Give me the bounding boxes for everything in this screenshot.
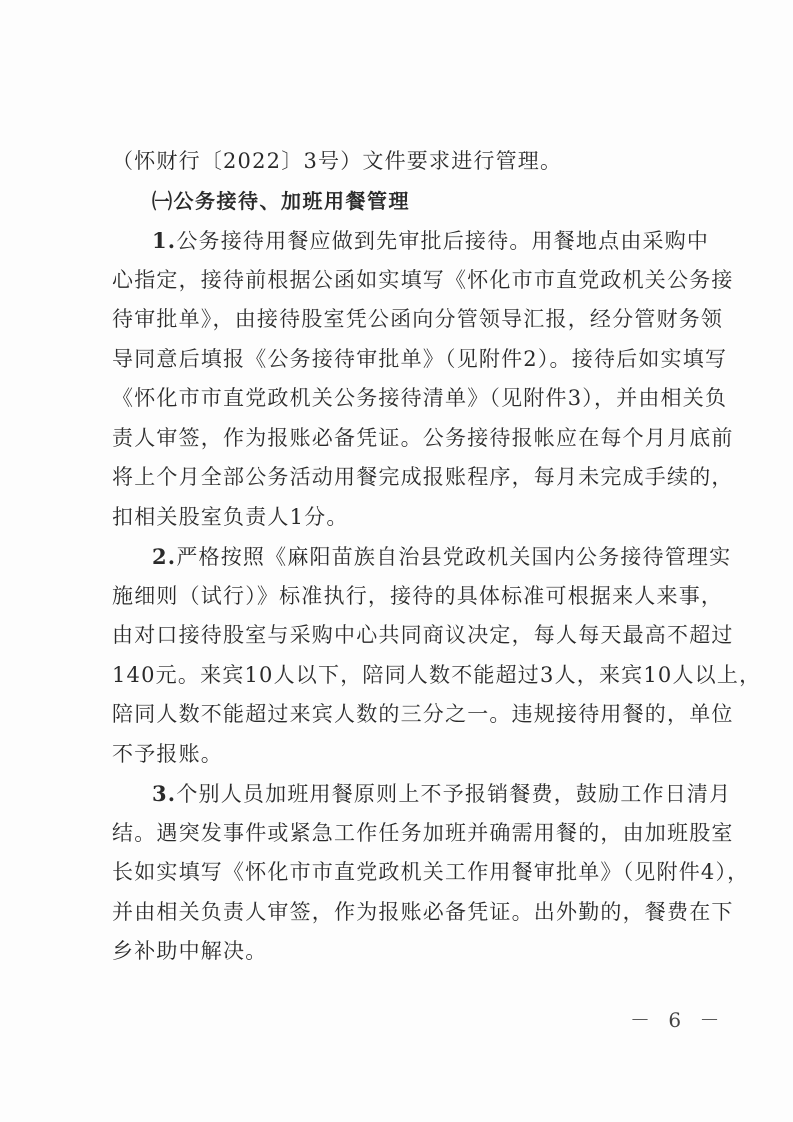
text-line: 心指定，接待前根据公函如实填写《怀化市市直党政机关公务接 <box>112 261 692 301</box>
item-number: 3. <box>152 781 176 806</box>
text-line: 并由相关负责人审签，作为报账必备凭证。出外勤的，餐费在下 <box>112 893 692 933</box>
text-line: 将上个月全部公务活动用餐完成报账程序，每月未完成手续的， <box>112 458 692 498</box>
text-line: 待审批单》，由接待股室凭公函向分管领导汇报，经分管财务领 <box>112 300 692 340</box>
text-line: 《怀化市市直党政机关公务接待清单》（见附件3），并由相关负 <box>112 379 692 419</box>
text-line: 结。遇突发事件或紧急工作任务加班并确需用餐的，由加班股室 <box>112 814 692 854</box>
section-heading: ㈠公务接待、加班用餐管理 <box>112 182 692 222</box>
text-line: 公务接待用餐应做到先审批后接待。用餐地点由采购中 <box>176 229 709 253</box>
paragraph-1-start: 1.公务接待用餐应做到先审批后接待。用餐地点由采购中 <box>112 221 692 261</box>
page-number: － 6 － <box>630 1004 725 1033</box>
text-line: 个别人员加班用餐原则上不予报销餐费，鼓励工作日清月 <box>176 782 731 806</box>
text-line: 扣相关股室负责人1分。 <box>112 498 692 538</box>
text-line: 导同意后填报《公务接待审批单》（见附件2）。接待后如实填写 <box>112 340 692 380</box>
item-number: 1. <box>152 228 176 253</box>
text-line: 140元。来宾10人以下，陪同人数不能超过3人，来宾10人以上， <box>112 656 692 696</box>
text-line: 乡补助中解决。 <box>112 932 692 972</box>
text-line: 严格按照《麻阳苗族自治县党政机关国内公务接待管理实 <box>176 545 731 569</box>
text-line: 长如实填写《怀化市市直党政机关工作用餐审批单》（见附件4）， <box>112 853 692 893</box>
text-line: 责人审签，作为报账必备凭证。公务接待报帐应在每个月月底前 <box>112 419 692 459</box>
text-line: 由对口接待股室与采购中心共同商议决定，每人每天最高不超过 <box>112 616 692 656</box>
paragraph-3-start: 3.个别人员加班用餐原则上不予报销餐费，鼓励工作日清月 <box>112 774 692 814</box>
document-page: （怀财行〔2022〕3号）文件要求进行管理。 ㈠公务接待、加班用餐管理 1.公务… <box>112 142 692 972</box>
paragraph-2-start: 2.严格按照《麻阳苗族自治县党政机关国内公务接待管理实 <box>112 537 692 577</box>
text-line: 陪同人数不能超过来宾人数的三分之一。违规接待用餐的，单位 <box>112 695 692 735</box>
text-line: 不予报账。 <box>112 735 692 775</box>
text-line: 施细则（试行）》标准执行，接待的具体标准可根据来人来事， <box>112 577 692 617</box>
text-line: （怀财行〔2022〕3号）文件要求进行管理。 <box>112 142 692 182</box>
item-number: 2. <box>152 544 176 569</box>
